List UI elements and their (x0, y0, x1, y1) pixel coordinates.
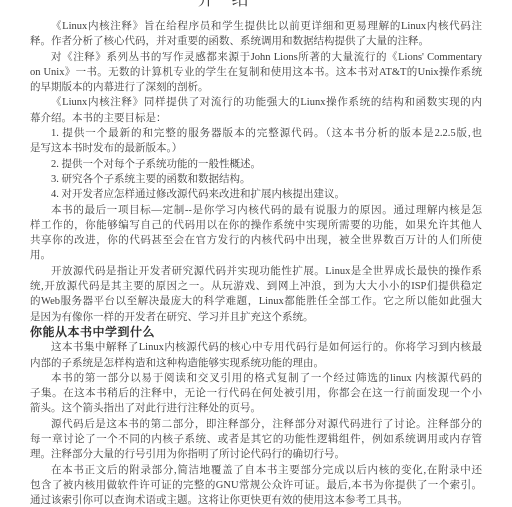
text-line: 用。 (30, 248, 482, 263)
text-line: 3. 研究各个子系统主要的函数和数据结构。 (30, 172, 482, 187)
text-line: 释。作者分析了核心代码，并对重要的函数、系统调用和数据结构提供了大量的注释。 (30, 34, 482, 49)
text-line: 是写这本书时发布的最新版本。） (30, 141, 482, 156)
text-line: 内部的子系统是怎样构造和这种构造能够实现系统功能的理由。 (30, 356, 482, 371)
text-line: 本书的最后一项目标—定制--是你学习内核代码的最有说服力的原因。通过理解内核是怎 (30, 203, 482, 218)
text-line: 本书的第一部分以易于阅读和交叉引用的格式复制了一个经过筛选的linux 内核源代… (30, 371, 482, 386)
text-line: 箭头。这个箭头指出了对此行进行注释处的页号。 (30, 401, 482, 416)
text-line: 的Web服务器平台以至解决最庞大的科学难题，Linux都能胜任全部工作。它之所以… (30, 294, 482, 309)
text-line: 《Liunx内核注释》同样提供了对流行的功能强大的Liunx操作系统的结构和函数… (30, 95, 482, 110)
section-heading: 你能从本书中学到什么 (30, 325, 482, 340)
text-line: 的早期版本的内幕进行了深刻的剖析。 (30, 80, 482, 95)
page-title: 介 绍 (0, 0, 479, 8)
text-line: 2. 提供一个对每个子系统功能的一般性概述。 (30, 157, 482, 172)
text-line: 是因为有像你一样的开发者在研究、学习并且扩充这个系统。 (30, 310, 482, 325)
text-line: 《Linux内核注释》旨在给程序员和学生提供比以前更详细和更易理解的Linux内… (30, 19, 482, 34)
text-line: 在本书正文后的附录部分,简洁地覆盖了自本书主要部分完成以后内核的变化,在附录中还 (30, 463, 482, 478)
text-line: 共享你的改进，你的代码甚至会在官方发行的内核代码中出现，被全世界数百万计的人们所… (30, 233, 482, 248)
text-line: 开放源代码是指让开发者研究源代码并实现功能性扩展。Linux是全世界成长最快的操… (30, 264, 482, 279)
text-line: 样工作的，你能够编写自己的代码用以在你的操作系统中实现所需要的功能，如果允许其他… (30, 218, 482, 233)
text-line: 通过该索引你可以查询术语或主题。这将让你更快更有效的使用这本参考工具书。 (30, 493, 482, 507)
text-line: 源代码后是这本书的第二部分，即注释部分，注释部分对源代码进行了讨论。注释部分的 (30, 417, 482, 432)
text-line: 统,开放源代码是其主要的原因之一。从玩游戏、到网上冲浪，到为大大小小的ISP们提… (30, 279, 482, 294)
text-line: 对《注释》系列丛书的写作灵感都来源于John Lions所著的大量流行的《Lio… (30, 50, 482, 65)
text-line: 每一章讨论了一个不同的内核子系统、或者是其它的功能性逻辑组件，例如系统调用或内存… (30, 432, 482, 447)
text-line: 子集。在这本书稍后的注释中，无论一行代码在何处被引用，你都会在这一行前面发现一个… (30, 386, 482, 401)
text-line: 幕介绍。本书的主要目标是： (30, 111, 482, 126)
text-line: 4. 对开发者应怎样通过修改源代码来改进和扩展内核提出建议。 (30, 187, 482, 202)
text-line: 这本书集中解释了Linux内核源代码的核心中专用代码行是如何运行的。你将学习到内… (30, 340, 482, 355)
document-body: 《Linux内核注释》旨在给程序员和学生提供比以前更详细和更易理解的Linux内… (30, 19, 482, 507)
text-line: 理。注释部分大量的行号引用为你指明了所讨论代码行的确切行号。 (30, 447, 482, 462)
text-line: 包含了被内核用做软件许可证的完整的GNU常规公众许可证。最后,本书为你提供了一个… (30, 478, 482, 493)
text-line: 1. 提供一个最新的和完整的服务器版本的完整源代码。（这本书分析的版本是2.2.… (30, 126, 482, 141)
text-line: on Unix》一书。无数的计算机专业的学生在复制和使用这本书。这本书对AT&T… (30, 65, 482, 80)
document-page: 介 绍 《Linux内核注释》旨在给程序员和学生提供比以前更详细和更易理解的Li… (0, 0, 512, 507)
